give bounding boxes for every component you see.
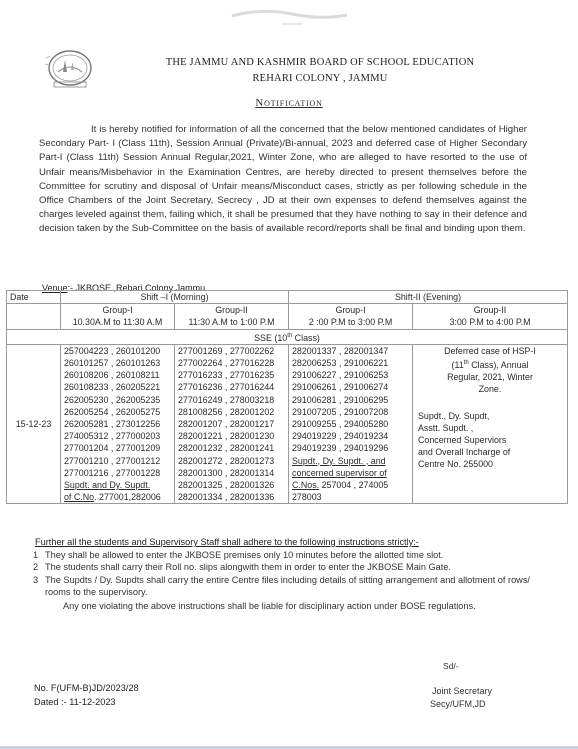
roll-number-pair: 260101257 , 260101263 — [64, 357, 171, 369]
signatory-designation: Joint Secretary — [432, 685, 492, 698]
roll-number-pair: 291006261 , 291006274 — [292, 381, 409, 393]
instruction-number: 2 — [33, 561, 45, 574]
roll-number-pair: 277002264 , 277016228 — [178, 357, 285, 369]
roll-number-pair: 294019239 , 294019296 — [292, 442, 409, 454]
staff-note: 278003 — [292, 491, 409, 503]
schedule-table: Date Shift –I (Morning) Shift-II (Evenin… — [6, 290, 568, 504]
roll-number-pair: 291007205 , 291007208 — [292, 406, 409, 418]
scan-artifact — [222, 4, 352, 30]
shift-header-row: Date Shift –I (Morning) Shift-II (Evenin… — [7, 291, 568, 304]
roll-number-pair: 282001334 , 282001336 — [178, 491, 285, 503]
date-cell: 15-12-23 — [7, 344, 61, 504]
instruction-item: 2The students shall carry their Roll no.… — [33, 561, 533, 574]
instruction-number: 1 — [33, 549, 45, 562]
signatory-office: Secy/UFM,JD — [430, 698, 492, 711]
org-name: THE JAMMU AND KASHMIR BOARD OF SCHOOL ED… — [120, 55, 520, 71]
reference-date: Dated :- 11-12-2023 — [34, 696, 139, 710]
roll-number-pair: 277016233 , 277016235 — [178, 369, 285, 381]
signatory-block: Joint Secretary Secy/UFM,JD — [432, 685, 492, 711]
roll-number-pair: 260108206 , 260108211 — [64, 369, 171, 381]
staff-line: Centre No. 255000 — [418, 458, 564, 470]
group-header: Group-I 2 :00 P.M to 3:00 P.M — [289, 304, 413, 329]
board-emblem-icon — [44, 48, 98, 90]
staff-note: Supdt. and Dy. Supdt. — [64, 479, 171, 491]
roll-number-pair: 274005312 , 277000203 — [64, 430, 171, 442]
staff-note: Supdt., Dy. Supdt. , and — [292, 455, 409, 467]
staff-line: Concerned Superviors — [418, 434, 564, 446]
roll-number-pair: 282001337 , 282001347 — [292, 345, 409, 357]
letterhead: THE JAMMU AND KASHMIR BOARD OF SCHOOL ED… — [120, 55, 520, 87]
roll-number-pair: 277001210 , 277001212 — [64, 455, 171, 467]
roll-number-pair: 277016236 , 277016244 — [178, 381, 285, 393]
roll-number-pair: 291009255 , 294005280 — [292, 418, 409, 430]
instruction-text: The Supdts / Dy. Supdts shall carry the … — [45, 574, 533, 599]
staff-list: Supdt., Dy. Supdt,Asstt. Supdt. ,Concern… — [416, 410, 564, 471]
notification-body: It is hereby notified for information of… — [39, 123, 527, 237]
roll-number-pair: 282001221 , 282001230 — [178, 430, 285, 442]
instructions-section: Further all the students and Supervisory… — [33, 536, 533, 613]
instructions-list: 1They shall be allowed to enter the JKBO… — [33, 549, 533, 599]
section-label: SSE (10th Class) — [7, 329, 568, 344]
staff-line: and Overall Incharge of — [418, 446, 564, 458]
roll-number-pair: 282001300 , 282001314 — [178, 467, 285, 479]
roll-number-pair: 277001216 , 277001228 — [64, 467, 171, 479]
instructions-footer: Any one violating the above instructions… — [63, 600, 533, 613]
instruction-number: 3 — [33, 574, 45, 599]
instruction-text: They shall be allowed to enter the JKBOS… — [45, 549, 443, 562]
group-header: Group-II 3:00 P.M to 4:00 P.M — [413, 304, 568, 329]
roll-number-pair: 282001207 , 282001217 — [178, 418, 285, 430]
roll-number-pair: 277001269 , 277002262 — [178, 345, 285, 357]
roll-number-pair: 281008256 , 282001202 — [178, 406, 285, 418]
instruction-item: 3The Supdts / Dy. Supdts shall carry the… — [33, 574, 533, 599]
section-row: SSE (10th Class) — [7, 329, 568, 344]
shift1-group2-rolls: 277001269 , 277002262277002264 , 2770162… — [175, 344, 289, 504]
staff-note: of C.No. 277001,282006 — [64, 491, 171, 503]
roll-number-pair: 277001204 , 277001209 — [64, 442, 171, 454]
empty-cell — [7, 304, 61, 329]
notification-title: Notification — [0, 97, 578, 109]
shift2-group1-rolls: 282001337 , 282001347282006253 , 2910062… — [289, 344, 413, 504]
instruction-item: 1They shall be allowed to enter the JKBO… — [33, 549, 533, 562]
roll-number-pair: 262005281 , 273012256 — [64, 418, 171, 430]
roll-number-pair: 262005230 , 262005235 — [64, 394, 171, 406]
roll-number-pair: 260108233 , 260205221 — [64, 381, 171, 393]
reference-block: No. F(UFM-B)JD/2023/28 Dated :- 11-12-20… — [34, 682, 139, 709]
roll-number-pair: 262005254 , 262005275 — [64, 406, 171, 418]
shift1-header: Shift –I (Morning) — [61, 291, 289, 304]
signature-sd: Sd/- — [443, 661, 459, 671]
roll-number-pair: 294019229 , 294019234 — [292, 430, 409, 442]
roll-number-pair: 282006253 , 291006221 — [292, 357, 409, 369]
staff-line: Asstt. Supdt. , — [418, 422, 564, 434]
shift1-group1-rolls: 257004223 , 260101200260101257 , 2601012… — [61, 344, 175, 504]
roll-number-pair: 282001232 , 282001241 — [178, 442, 285, 454]
roll-number-pair: 291006227 , 291006253 — [292, 369, 409, 381]
roll-number-pair: 277016249 , 278003218 — [178, 394, 285, 406]
roll-number-pair: 282001272 , 282001273 — [178, 455, 285, 467]
roll-number-pair: 282001325 , 282001326 — [178, 479, 285, 491]
deferred-case-note: Deferred case of HSP-I (11th Class), Ann… — [416, 345, 564, 396]
roll-number-pair: 291006281 , 291006295 — [292, 394, 409, 406]
group-header: Group-II 11:30 A.M to 1:00 P.M — [175, 304, 289, 329]
date-header: Date — [7, 291, 61, 304]
group-header-row: Group-I 10.30A.M to 11:30 A.M Group-II 1… — [7, 304, 568, 329]
staff-note: concerned supervisor of — [292, 467, 409, 479]
shift2-group2-cell: Deferred case of HSP-I (11th Class), Ann… — [413, 344, 568, 504]
instruction-text: The students shall carry their Roll no. … — [45, 561, 451, 574]
shift2-header: Shift-II (Evening) — [289, 291, 568, 304]
instructions-heading: Further all the students and Supervisory… — [35, 536, 533, 549]
staff-note: C.Nos. 257004 , 274005 — [292, 479, 409, 491]
staff-line: Supdt., Dy. Supdt, — [418, 410, 564, 422]
group-header: Group-I 10.30A.M to 11:30 A.M — [61, 304, 175, 329]
reference-number: No. F(UFM-B)JD/2023/28 — [34, 682, 139, 696]
roll-number-pair: 257004223 , 260101200 — [64, 345, 171, 357]
schedule-data-row: 15-12-23 257004223 , 260101200260101257 … — [7, 344, 568, 504]
org-address: REHARI COLONY , JAMMU — [120, 71, 520, 87]
